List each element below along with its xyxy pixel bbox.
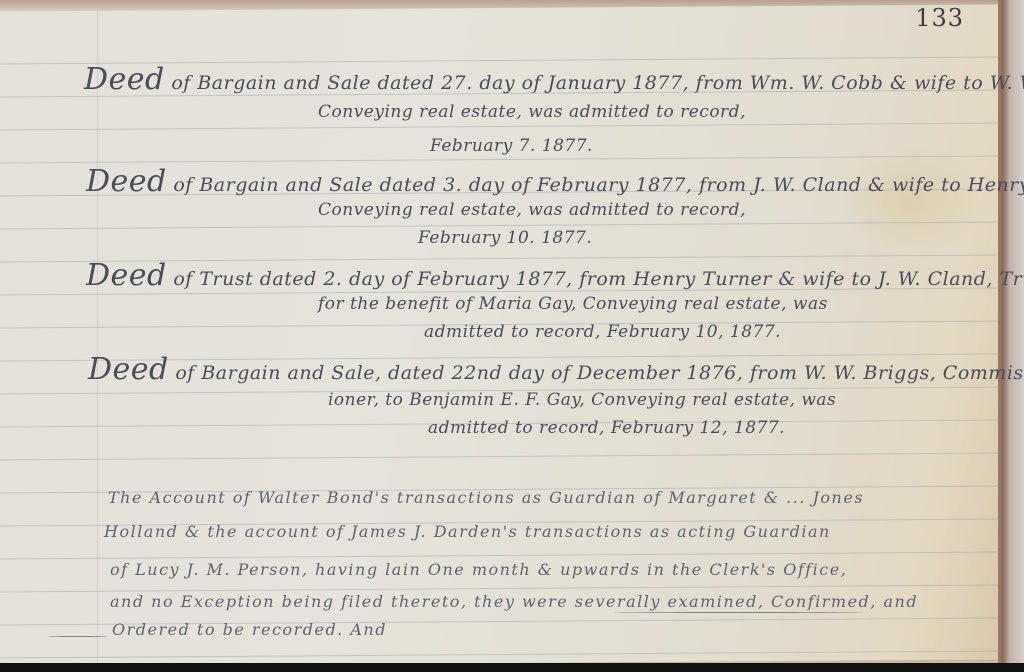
entry-1-title: Deed: [84, 62, 165, 97]
paper-stain: [840, 145, 980, 256]
entry-4-line-1: Deed of Bargain and Sale, dated 22nd day…: [88, 352, 1024, 387]
entry-4-text: of Bargain and Sale, dated 22nd day of D…: [175, 362, 1024, 384]
entry-1-text: of Bargain and Sale dated 27. day of Jan…: [171, 72, 1024, 94]
account-line-3: of Lucy J. M. Person, having lain One mo…: [110, 560, 847, 579]
entry-3-title: Deed: [86, 258, 167, 293]
account-line-4: and no Exception being filed thereto, th…: [110, 592, 918, 611]
entry-3-date: admitted to record, February 10, 1877.: [424, 322, 781, 342]
entry-2-line-2: Conveying real estate, was admitted to r…: [318, 200, 746, 220]
pen-flourish: [614, 612, 864, 613]
entry-1-line-1: Deed of Bargain and Sale dated 27. day o…: [84, 62, 1024, 97]
entry-3-line-1: Deed of Trust dated 2. day of February 1…: [86, 258, 1024, 293]
margin-line: [97, 11, 98, 666]
entry-2-date: February 10. 1877.: [418, 228, 592, 248]
entry-2-line-1: Deed of Bargain and Sale dated 3. day of…: [86, 164, 1024, 199]
entry-4-title: Deed: [88, 352, 169, 387]
entry-3-line-2: for the benefit of Maria Gay, Conveying …: [318, 294, 828, 314]
account-line-5: Ordered to be recorded. And: [112, 620, 387, 639]
page-number: 133: [915, 4, 964, 32]
bottom-black-bar: [0, 663, 1024, 672]
entry-2-title: Deed: [86, 164, 167, 199]
entry-3-text: of Trust dated 2. day of February 1877, …: [173, 268, 1024, 290]
book-binding-edge: [998, 0, 1024, 672]
account-line-1: The Account of Walter Bond's transaction…: [108, 488, 864, 507]
entry-2-text: of Bargain and Sale dated 3. day of Febr…: [173, 174, 1024, 196]
entry-4-line-2: ioner, to Benjamin E. F. Gay, Conveying …: [328, 390, 836, 410]
pen-stroke: [48, 636, 108, 637]
account-line-2: Holland & the account of James J. Darden…: [104, 522, 831, 541]
entry-4-date: admitted to record, February 12, 1877.: [428, 418, 785, 438]
entry-1-date: February 7. 1877.: [430, 136, 593, 156]
entry-1-line-2: Conveying real estate, was admitted to r…: [318, 102, 746, 122]
